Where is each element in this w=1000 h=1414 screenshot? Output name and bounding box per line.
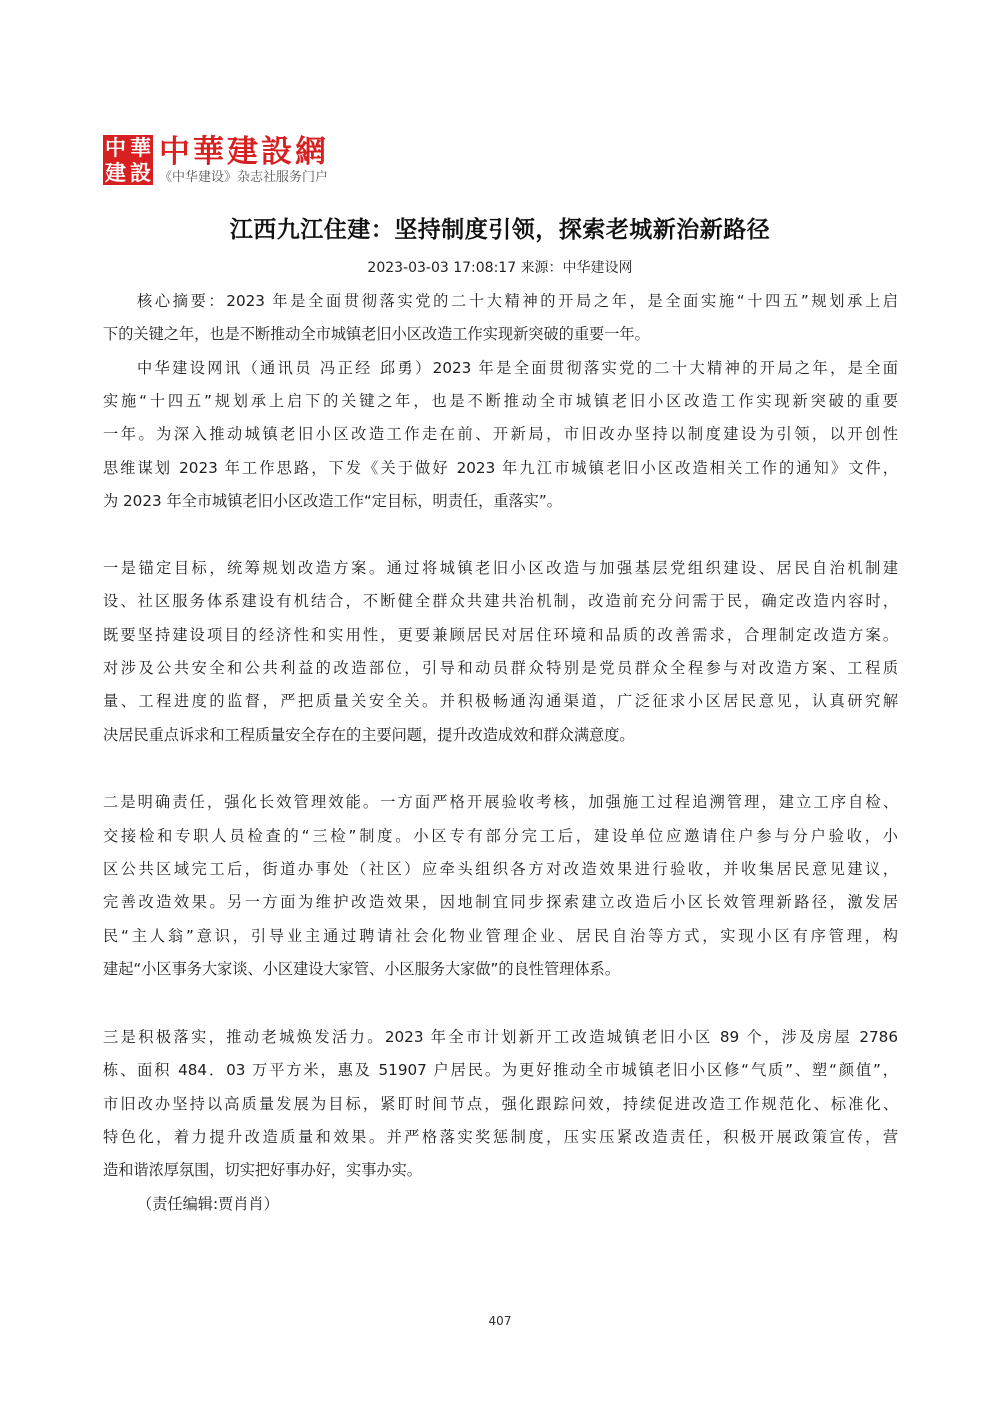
logo-subtitle: 《中华建设》杂志社服务门户 <box>159 170 329 186</box>
text-line: 中华建设网讯（通讯员 冯正经 邱勇）2023 年是全面贯彻落实党的二十大精神的开… <box>137 357 898 378</box>
text-line: 设、社区服务体系建设有机结合，不断健全群众共建共治机制，改造前充分问需于民，确定… <box>103 590 898 611</box>
article-title: 江西九江住建：坚持制度引领，探索老城新治新路径 <box>0 211 1000 244</box>
text-line: 思维谋划 2023 年工作思路，下发《关于做好 2023 年九江市城镇老旧小区改… <box>103 457 898 478</box>
text-line: 栋、面积 484．03 万平方米，惠及 51907 户居民。为更好推动全市城镇老… <box>103 1059 898 1080</box>
logo-seal-char: 中 <box>103 135 128 160</box>
text-line: 核心摘要：2023 年是全面贯彻落实党的二十大精神的开局之年，是全面实施“十四五… <box>137 290 898 311</box>
logo-name: 中華建設網 <box>159 135 329 169</box>
logo-seal-char: 建 <box>103 160 128 185</box>
text-line: 特色化，着力提升改造质量和效果。并严格落实奖惩制度，压实压紧改造责任，积极开展政… <box>103 1126 898 1147</box>
text-line: 建起“小区事务大家谈、小区建设大家管、小区服务大家做”的良性管理体系。 <box>103 958 898 979</box>
text-line: 完善改造效果。另一方面为维护改造效果，因地制宜同步探索建立改造后小区长效管理新路… <box>103 891 898 912</box>
text-line: 市旧改办坚持以高质量发展为目标，紧盯时间节点，强化跟踪问效，持续促进改造工作规范… <box>103 1093 898 1114</box>
text-line: 下的关键之年，也是不断推动全市城镇老旧小区改造工作实现新突破的重要一年。 <box>103 323 898 344</box>
text-line: 实施“十四五”规划承上启下的关键之年，也是不断推动全市城镇老旧小区改造工作实现新… <box>103 390 898 411</box>
text-line: 区公共区域完工后，街道办事处（社区）应牵头组织各方对改造效果进行验收，并收集居民… <box>103 858 898 879</box>
text-line: （责任编辑:贾肖肖） <box>137 1193 898 1214</box>
logo-seal-char: 華 <box>128 135 153 160</box>
text-line: 一是锚定目标，统筹规划改造方案。通过将城镇老旧小区改造与加强基层党组织建设、居民… <box>103 557 898 578</box>
text-line: 对涉及公共安全和公共利益的改造部位，引导和动员群众特别是党员群众全程参与对改造方… <box>103 657 898 678</box>
text-line: 三是积极落实，推动老城焕发活力。2023 年全市计划新开工改造城镇老旧小区 89… <box>103 1026 898 1047</box>
text-line: 一年。为深入推动城镇老旧小区改造工作走在前、开新局，市旧改办坚持以制度建设为引领… <box>103 423 898 444</box>
text-line: 造和谐浓厚氛围，切实把好事办好，实事办实。 <box>103 1159 898 1180</box>
text-line: 二是明确责任，强化长效管理效能。一方面严格开展验收考核，加强施工过程追溯管理，建… <box>103 791 898 812</box>
site-logo: 中 華 建 設 中華建設網 《中华建设》杂志社服务门户 <box>103 132 329 188</box>
logo-seal-char: 設 <box>128 160 153 185</box>
page-number: 407 <box>0 1314 1000 1328</box>
logo-seal: 中 華 建 設 <box>103 135 153 185</box>
text-line: 量、工程进度的监督，严把质量关安全关。并积极畅通沟通渠道，广泛征求小区居民意见，… <box>103 690 898 711</box>
text-line: 民“主人翁”意识，引导业主通过聘请社会化物业管理企业、居民自治等方式，实现小区有… <box>103 925 898 946</box>
text-line: 为 2023 年全市城镇老旧小区改造工作“定目标，明责任，重落实”。 <box>103 490 898 511</box>
text-line: 决居民重点诉求和工程质量安全存在的主要问题，提升改造成效和群众满意度。 <box>103 724 898 745</box>
text-line: 既要坚持建设项目的经济性和实用性，更要兼顾居民对居住环境和品质的改善需求，合理制… <box>103 624 898 645</box>
article-meta: 2023-03-03 17:08:17 来源：中华建设网 <box>0 257 1000 277</box>
text-line: 交接检和专职人员检查的“三检”制度。小区专有部分完工后，建设单位应邀请住户参与分… <box>103 825 898 846</box>
